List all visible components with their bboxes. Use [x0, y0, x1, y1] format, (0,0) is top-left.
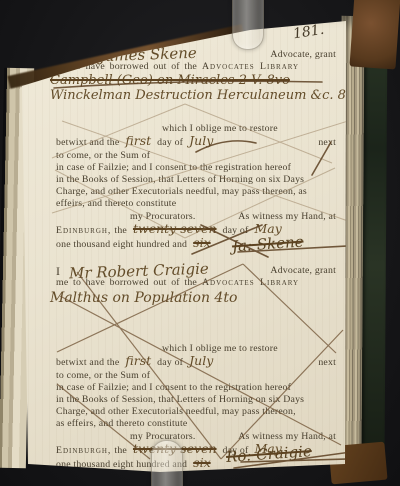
advocate-grant-label: Advocate, grant	[270, 49, 336, 61]
witness-label: As witness my Hand, at	[238, 211, 336, 223]
return-day-handwritten: first	[125, 135, 151, 147]
advocates-library-label: Advocates Library	[202, 277, 299, 289]
failzie-line-4: effeirs, and thereto constitute	[56, 198, 336, 210]
betwixt-label: betwixt and the	[56, 357, 119, 369]
return-month-handwritten: July	[189, 355, 213, 367]
borrower-name-handwritten: Mr Robert Craigie	[69, 262, 209, 279]
day-of-label: day of	[223, 225, 249, 237]
page-number: 181.	[292, 22, 325, 43]
to-come-line: to come, or the Sum of	[56, 150, 336, 162]
book-entry-cancelled: Campbell (Geo) on Miracles 2 V. 8vo	[50, 73, 336, 88]
witness-label: As witness my Hand, at	[238, 431, 336, 443]
book-entry: Malthus on Population 4to	[50, 289, 336, 307]
failzie-line-2: in the Books of Session, that Letters of…	[56, 394, 336, 406]
return-date-line: betwixt and the first day of July next	[56, 135, 336, 149]
book-entry: Winckelman Destruction Herculaneum &c. 8…	[50, 88, 336, 103]
loan-form-skene: I Mr. James Skene Advocate, grant me to …	[56, 44, 336, 251]
day-of-label: day of	[157, 357, 183, 369]
signed-year-handwritten: six	[193, 457, 210, 469]
page-holder-clip-top	[232, 0, 264, 50]
signed-year-handwritten: six	[193, 237, 210, 249]
leather-corner-top-right	[349, 0, 400, 70]
printed-opening-i: I	[56, 265, 60, 277]
return-month-handwritten: July	[189, 135, 213, 147]
page-holder-clip-bottom	[151, 440, 183, 486]
name-line: I Mr Robert Craigie Advocate, grant	[56, 260, 336, 277]
failzie-line-1: in case of Failzie; and I consent to the…	[56, 162, 336, 174]
edinburgh-label: Edinburgh,	[56, 445, 111, 457]
signed-month-handwritten: May	[255, 223, 282, 235]
the-label: the	[114, 445, 127, 457]
failzie-line-3: Charge, and other Executorials needful, …	[56, 186, 336, 198]
day-of-label: day of	[157, 137, 183, 149]
year-prefix-label: one thousand eight hundred and	[56, 239, 187, 251]
signed-day-handwritten: twenty seven	[133, 223, 217, 235]
photographed-register-page: 181. I Mr. James Skene Advocate, grant m…	[0, 0, 400, 486]
edinburgh-label: Edinburgh,	[56, 225, 111, 237]
advocate-grant-label: Advocate, grant	[270, 265, 336, 277]
next-label: next	[318, 357, 336, 369]
return-date-line: betwixt and the first day of July next	[56, 355, 336, 369]
return-day-handwritten: first	[125, 355, 151, 367]
printed-opening-i: I	[56, 49, 60, 61]
failzie-line-2: in the Books of Session, that Letters of…	[56, 174, 336, 186]
book-cover-edge	[361, 8, 387, 476]
failzie-line-1: in case of Failzie; and I consent to the…	[56, 382, 336, 394]
next-label: next	[318, 137, 336, 149]
advocates-library-label: Advocates Library	[202, 61, 299, 73]
to-come-line: to come, or the Sum of	[56, 370, 336, 382]
failzie-line-4: as effeirs, and thereto constitute	[56, 418, 336, 430]
loan-form-craigie: I Mr Robert Craigie Advocate, grant me t…	[56, 260, 336, 471]
the-label: the	[114, 225, 127, 237]
failzie-line-3: Charge, and other Executorials needful, …	[56, 406, 336, 418]
signature-cancelled: Ro: Craigie	[226, 445, 312, 463]
signature-cancelled: Ja: Skene	[232, 236, 304, 253]
betwixt-label: betwixt and the	[56, 137, 119, 149]
